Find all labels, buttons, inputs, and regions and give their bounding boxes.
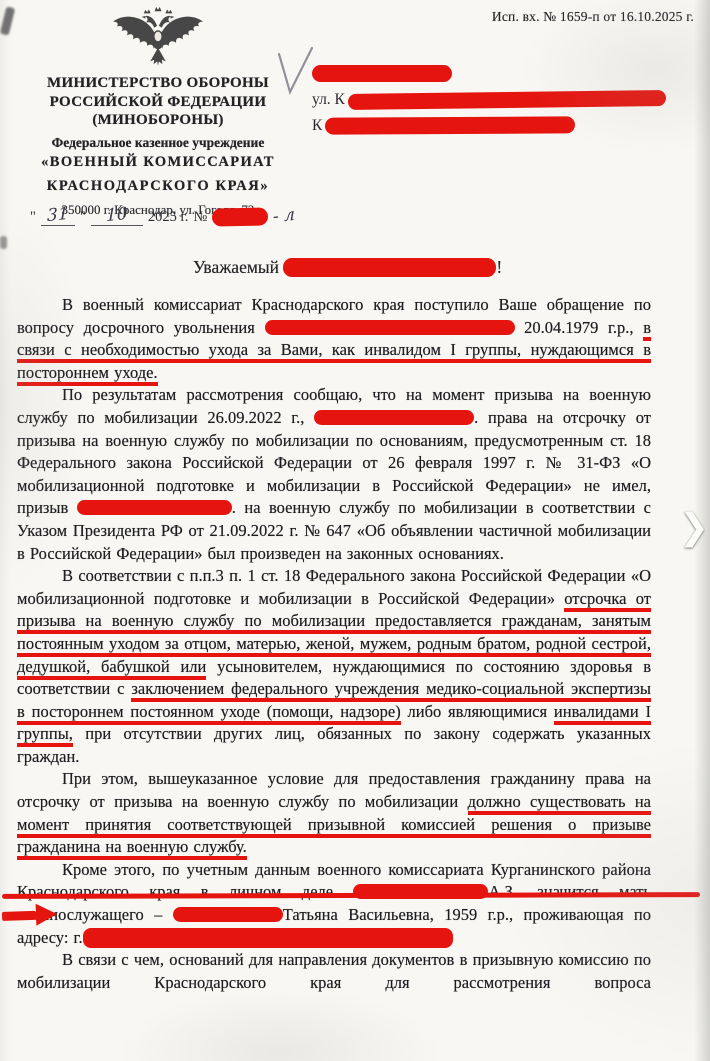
- body-paragraph-6: В связи с чем, оснований для направления…: [17, 949, 651, 994]
- letter-body: В военный комиссариат Краснодарского кра…: [17, 294, 651, 994]
- body-text: либо являющимися: [401, 702, 554, 721]
- red-arrow-shaft: [2, 910, 36, 920]
- commissariat-name-line1: «ВОЕННЫЙ КОМИССАРИАТ: [22, 154, 294, 171]
- incoming-reference-number: Исп. вх. № 1659-п от 16.10.2025 г.: [492, 9, 694, 25]
- handwritten-month: 10: [106, 204, 128, 226]
- salutation-exclamation: !: [496, 257, 502, 277]
- quote-mark: ": [30, 209, 36, 226]
- handwritten-checkmark-icon: [274, 46, 316, 98]
- salutation-line: Уважаемый !: [193, 257, 502, 278]
- commissariat-name-line2: КРАСНОДАРСКОГО КРАЯ»: [22, 178, 294, 195]
- eagle-emblem-icon: [106, 6, 210, 71]
- redaction-bar: [83, 928, 453, 948]
- city-prefix: К: [312, 117, 322, 135]
- ministry-name-line1: МИНИСТЕРСТВО ОБОРОНЫ: [22, 74, 294, 93]
- handwritten-suffix: - л: [273, 205, 295, 227]
- date-and-number-line: "31" 10 2025 г. № - л: [30, 205, 295, 226]
- quote-mark: ": [80, 209, 86, 226]
- scanned-letter-page: Исп. вх. № 1659-п от 16.10.2025 г. МИНИС…: [0, 0, 710, 1061]
- salutation-text: Уважаемый: [193, 257, 283, 277]
- red-arrow-head: [36, 903, 58, 926]
- body-text: В связи с чем, оснований для направления…: [17, 950, 651, 992]
- redaction-bar-registration-number: [212, 208, 268, 227]
- scan-artifact: [0, 6, 15, 35]
- redaction-bar: [173, 907, 283, 922]
- body-paragraph-4: При этом, вышеуказанное условие для пред…: [17, 768, 651, 858]
- body-text: при отсутствии других лиц, обязанных по …: [17, 724, 651, 766]
- scan-artifact: [0, 236, 7, 249]
- body-text: В соответствии с п.п.3 п. 1 ст. 18 Федер…: [17, 566, 651, 608]
- redaction-bar-addressee-patronymic: [283, 258, 496, 277]
- redaction-bar: [265, 320, 515, 335]
- body-paragraph-5: Кроме этого, по учетным данным военного …: [17, 859, 651, 949]
- handwritten-day: 31: [47, 204, 69, 226]
- number-sign: №: [193, 209, 207, 226]
- letterhead: МИНИСТЕРСТВО ОБОРОНЫ РОССИЙСКОЙ ФЕДЕРАЦИ…: [22, 6, 294, 218]
- redaction-bar-city-postcode: [325, 116, 575, 134]
- redaction-bar-addressee-name: [312, 65, 452, 82]
- year-label: 2025 г.: [148, 209, 189, 226]
- institution-type: Федеральное казенное учреждение: [22, 135, 294, 151]
- red-arrow-icon: [2, 903, 58, 927]
- body-paragraph-1: В военный комиссариат Краснодарского кра…: [17, 294, 651, 384]
- redaction-bar: [314, 410, 474, 425]
- ministry-name-line2: РОССИЙСКОЙ ФЕДЕРАЦИИ: [22, 93, 294, 112]
- street-prefix: ул. К: [312, 91, 345, 109]
- next-page-chevron-icon[interactable]: ❯: [679, 510, 709, 546]
- body-paragraph-2: По результатам рассмотрения сообщаю, что…: [17, 384, 651, 565]
- redaction-bar: [77, 500, 232, 515]
- ministry-short-name: (МИНОБОРОНЫ): [22, 111, 294, 130]
- body-paragraph-3: В соответствии с п.п.3 п. 1 ст. 18 Федер…: [17, 565, 651, 768]
- redaction-bar-street-address: [348, 90, 666, 110]
- body-text: 20.04.1979 г.р.,: [515, 318, 644, 337]
- addressee-block: ул. К К: [312, 64, 666, 142]
